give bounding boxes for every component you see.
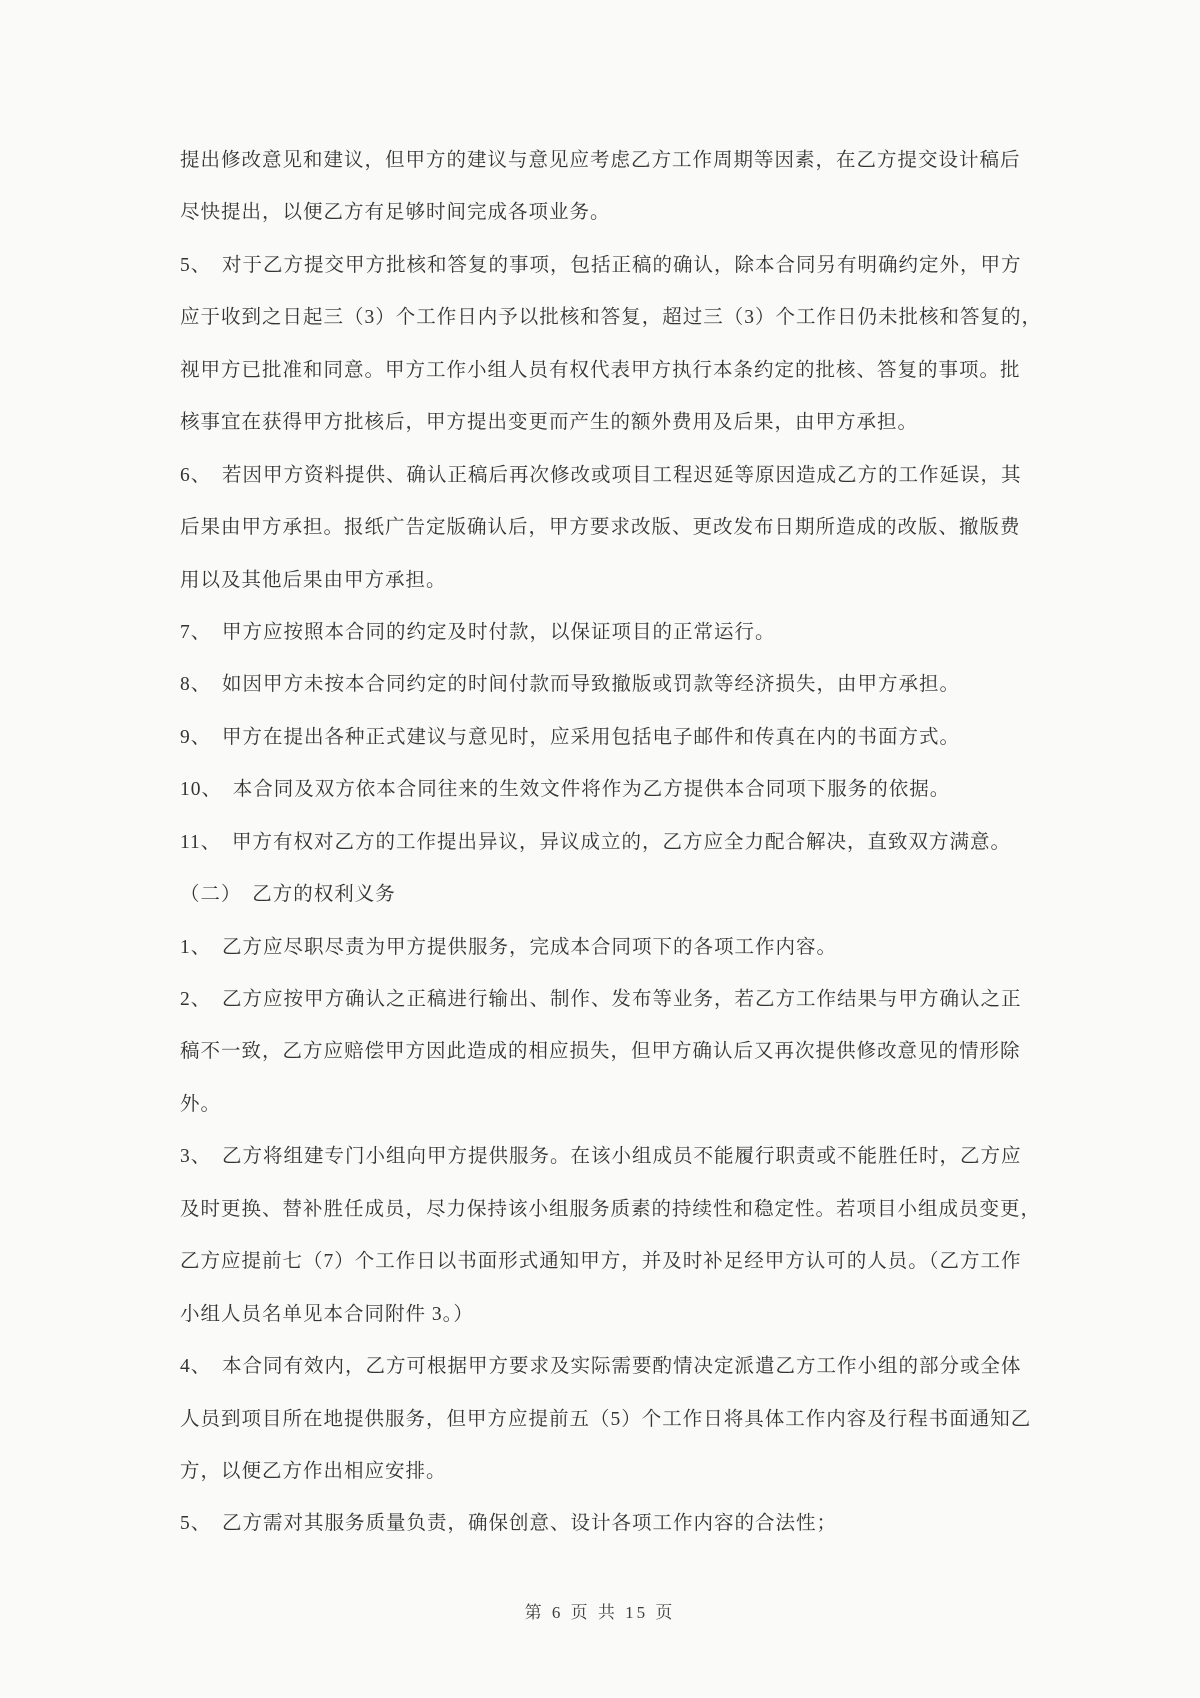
page-number-footer: 第 6 页 共 15 页 (0, 1598, 1200, 1623)
text-line-4: 应于收到之日起三（3）个工作日内予以批核和答复，超过三（3）个工作日仍未批核和答… (180, 292, 1060, 344)
text-line-14: 11、 甲方有权对乙方的工作提出异议，异议成立的，乙方应全力配合解决，直致双方满… (180, 817, 1060, 869)
text-line-18: 稿不一致，乙方应赔偿甲方因此造成的相应损失，但甲方确认后又再次提供修改意见的情形… (180, 1026, 1060, 1078)
text-line-15: （二） 乙方的权利义务 (180, 869, 1060, 921)
document-page: 提出修改意见和建议，但甲方的建议与意见应考虑乙方工作周期等因素，在乙方提交设计稿… (0, 0, 1200, 1698)
text-line-8: 后果由甲方承担。报纸广告定版确认后，甲方要求改版、更改发布日期所造成的改版、撤版… (180, 502, 1060, 554)
text-line-22: 乙方应提前七（7）个工作日以书面形式通知甲方，并及时补足经甲方认可的人员。（乙方… (180, 1236, 1060, 1288)
text-line-9: 用以及其他后果由甲方承担。 (180, 555, 1060, 607)
text-line-13: 10、 本合同及双方依本合同往来的生效文件将作为乙方提供本合同项下服务的依据。 (180, 764, 1060, 816)
text-line-12: 9、 甲方在提出各种正式建议与意见时，应采用包括电子邮件和传真在内的书面方式。 (180, 712, 1060, 764)
text-line-27: 5、 乙方需对其服务质量负责，确保创意、设计各项工作内容的合法性； (180, 1498, 1060, 1550)
text-line-26: 方，以便乙方作出相应安排。 (180, 1446, 1060, 1498)
text-line-2: 尽快提出，以便乙方有足够时间完成各项业务。 (180, 187, 1060, 239)
text-line-20: 3、 乙方将组建专门小组向甲方提供服务。在该小组成员不能履行职责或不能胜任时，乙… (180, 1131, 1060, 1183)
text-line-3: 5、 对于乙方提交甲方批核和答复的事项，包括正稿的确认，除本合同另有明确约定外，… (180, 240, 1060, 292)
text-line-11: 8、 如因甲方未按本合同约定的时间付款而导致撤版或罚款等经济损失，由甲方承担。 (180, 659, 1060, 711)
text-line-21: 及时更换、替补胜任成员，尽力保持该小组服务质素的持续性和稳定性。若项目小组成员变… (180, 1184, 1060, 1236)
text-line-24: 4、 本合同有效内，乙方可根据甲方要求及实际需要酌情决定派遣乙方工作小组的部分或… (180, 1341, 1060, 1393)
text-line-19: 外。 (180, 1079, 1060, 1131)
text-line-6: 核事宜在获得甲方批核后，甲方提出变更而产生的额外费用及后果，由甲方承担。 (180, 397, 1060, 449)
text-line-1: 提出修改意见和建议，但甲方的建议与意见应考虑乙方工作周期等因素，在乙方提交设计稿… (180, 135, 1060, 187)
text-line-17: 2、 乙方应按甲方确认之正稿进行输出、制作、发布等业务，若乙方工作结果与甲方确认… (180, 974, 1060, 1026)
contract-body: 提出修改意见和建议，但甲方的建议与意见应考虑乙方工作周期等因素，在乙方提交设计稿… (180, 135, 1060, 1551)
text-line-23: 小组人员名单见本合同附件 3。） (180, 1289, 1060, 1341)
text-line-16: 1、 乙方应尽职尽责为甲方提供服务，完成本合同项下的各项工作内容。 (180, 922, 1060, 974)
text-line-5: 视甲方已批准和同意。甲方工作小组人员有权代表甲方执行本条约定的批核、答复的事项。… (180, 345, 1060, 397)
text-line-10: 7、 甲方应按照本合同的约定及时付款，以保证项目的正常运行。 (180, 607, 1060, 659)
text-line-25: 人员到项目所在地提供服务，但甲方应提前五（5）个工作日将具体工作内容及行程书面通… (180, 1394, 1060, 1446)
text-line-7: 6、 若因甲方资料提供、确认正稿后再次修改或项目工程迟延等原因造成乙方的工作延误… (180, 450, 1060, 502)
